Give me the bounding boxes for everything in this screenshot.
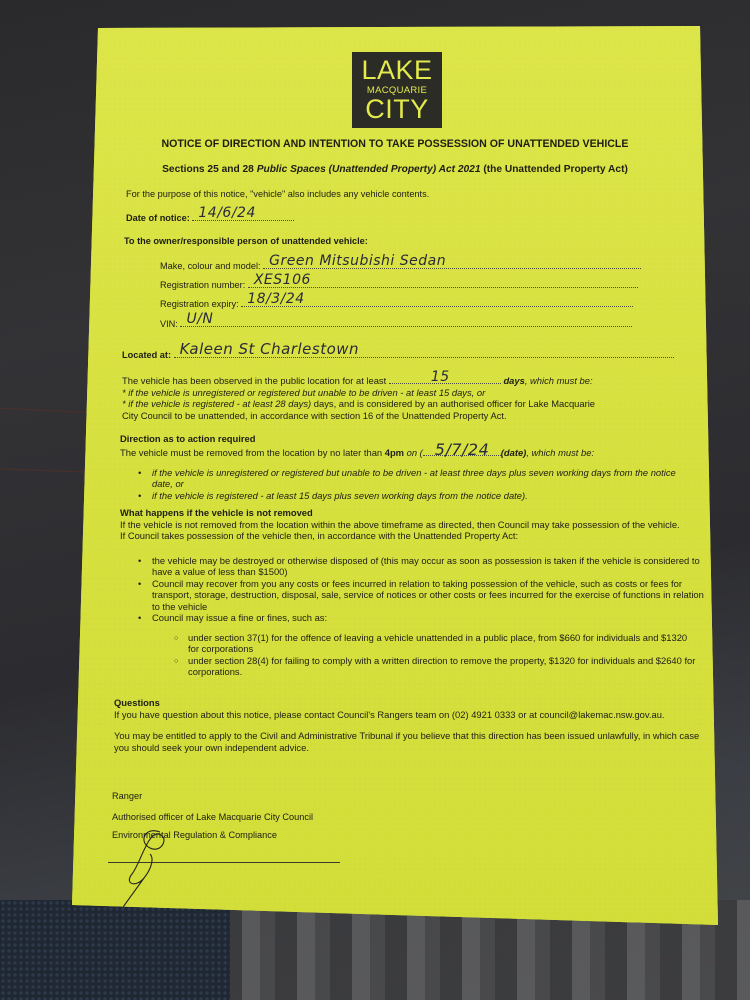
vin-value: U/N — [186, 311, 213, 327]
observed-text: The vehicle has been observed in the pub… — [122, 375, 386, 386]
notice-title: NOTICE OF DIRECTION AND INTENTION TO TAK… — [70, 138, 720, 150]
questions-heading: Questions — [114, 697, 704, 709]
signatory-role: Ranger — [112, 791, 142, 801]
date-of-notice-label: Date of notice: — [126, 213, 190, 223]
direction-bullets: if the vehicle is unregistered or regist… — [134, 467, 699, 501]
logo-line3: CITY — [365, 96, 429, 123]
observed-line2: * if the vehicle is unregistered or regi… — [122, 387, 702, 399]
direction-must-be: , which must be: — [526, 447, 594, 458]
council-logo: LAKE MACQUARIE CITY — [352, 52, 442, 128]
expiry-label: Registration expiry: — [160, 299, 239, 309]
location-field: Located at: Kaleen St Charlestown — [122, 345, 674, 360]
direction-time: 4pm — [385, 447, 404, 458]
make-field: Make, colour and model: Green Mitsubishi… — [160, 256, 641, 271]
consequence-bullet: Council may recover from you any costs o… — [134, 578, 704, 612]
purpose-note: For the purpose of this notice, "vehicle… — [126, 189, 429, 199]
consequence-bullets: the vehicle may be destroyed or otherwis… — [134, 555, 704, 623]
notice-paper: LAKE MACQUARIE CITY NOTICE OF DIRECTION … — [70, 24, 720, 928]
direction-date-value: 5/7/24 — [435, 444, 490, 456]
not-removed-section: What happens if the vehicle is not remov… — [120, 507, 705, 542]
questions-section: Questions If you have question about thi… — [114, 697, 704, 753]
questions-text: If you have question about this notice, … — [114, 709, 704, 721]
consequence-bullet: Council may issue a fine or fines, such … — [134, 612, 704, 623]
direction-section: Direction as to action required The vehi… — [120, 433, 705, 458]
consequence-bullet: the vehicle may be destroyed or otherwis… — [134, 555, 704, 578]
observed-days-value: 15 — [431, 372, 450, 384]
defroster-line — [0, 408, 90, 414]
subtitle-act: Public Spaces (Unattended Property) Act … — [257, 164, 481, 175]
observed-paragraph: The vehicle has been observed in the pub… — [122, 373, 702, 421]
date-of-notice-value: 14/6/24 — [198, 205, 255, 221]
not-removed-para2: If Council takes possession of the vehic… — [120, 530, 705, 542]
fine-item: under section 28(4) for failing to compl… — [170, 655, 700, 678]
rego-value: XES106 — [254, 272, 311, 288]
direction-bullet: if the vehicle is registered - at least … — [134, 490, 699, 501]
days-label: days — [503, 375, 524, 386]
not-removed-heading: What happens if the vehicle is not remov… — [120, 507, 705, 519]
vin-label: VIN: — [160, 319, 178, 329]
defroster-line — [0, 468, 90, 472]
notice-subtitle: Sections 25 and 28 Public Spaces (Unatte… — [70, 164, 720, 175]
observed-line4: City Council to be unattended, in accord… — [122, 410, 702, 422]
direction-heading: Direction as to action required — [120, 433, 705, 445]
make-label: Make, colour and model: — [160, 261, 261, 271]
location-value: Kaleen St Charlestown — [180, 340, 359, 358]
not-removed-para1: If the vehicle is not removed from the l… — [120, 519, 705, 531]
tribunal-text: You may be entitled to apply to the Civi… — [114, 730, 704, 753]
observed-line3-italic: * if the vehicle is registered - at leas… — [122, 398, 311, 409]
logo-line1: LAKE — [361, 57, 432, 84]
observed-line3-rest: days, and is considered by an authorised… — [311, 398, 595, 409]
direction-date-label: (date) — [501, 447, 527, 458]
direction-bullet: if the vehicle is unregistered or regist… — [134, 467, 699, 490]
subtitle-suffix: (the Unattended Property Act) — [481, 164, 628, 175]
direction-on: on ( — [404, 447, 423, 458]
make-value: Green Mitsubishi Sedan — [269, 253, 446, 269]
observed-must-be: , which must be: — [525, 375, 593, 386]
signature-icon — [110, 824, 200, 919]
owner-heading: To the owner/responsible person of unatt… — [124, 236, 368, 246]
date-of-notice-field: Date of notice: 14/6/24 — [126, 208, 294, 223]
fine-item: under section 37(1) for the offence of l… — [170, 632, 700, 655]
seat-mesh-background — [0, 900, 230, 1000]
expiry-field: Registration expiry: 18/3/24 — [160, 294, 633, 309]
signatory-org: Authorised officer of Lake Macquarie Cit… — [112, 812, 313, 822]
rego-label: Registration number: — [160, 280, 245, 290]
fines-list: under section 37(1) for the offence of l… — [170, 632, 700, 678]
location-label: Located at: — [122, 350, 171, 360]
vin-field: VIN: U/N — [160, 314, 632, 329]
direction-text: The vehicle must be removed from the loc… — [120, 447, 385, 458]
subtitle-prefix: Sections 25 and 28 — [162, 164, 257, 175]
expiry-value: 18/3/24 — [247, 291, 304, 307]
rego-field: Registration number: XES106 — [160, 275, 638, 290]
